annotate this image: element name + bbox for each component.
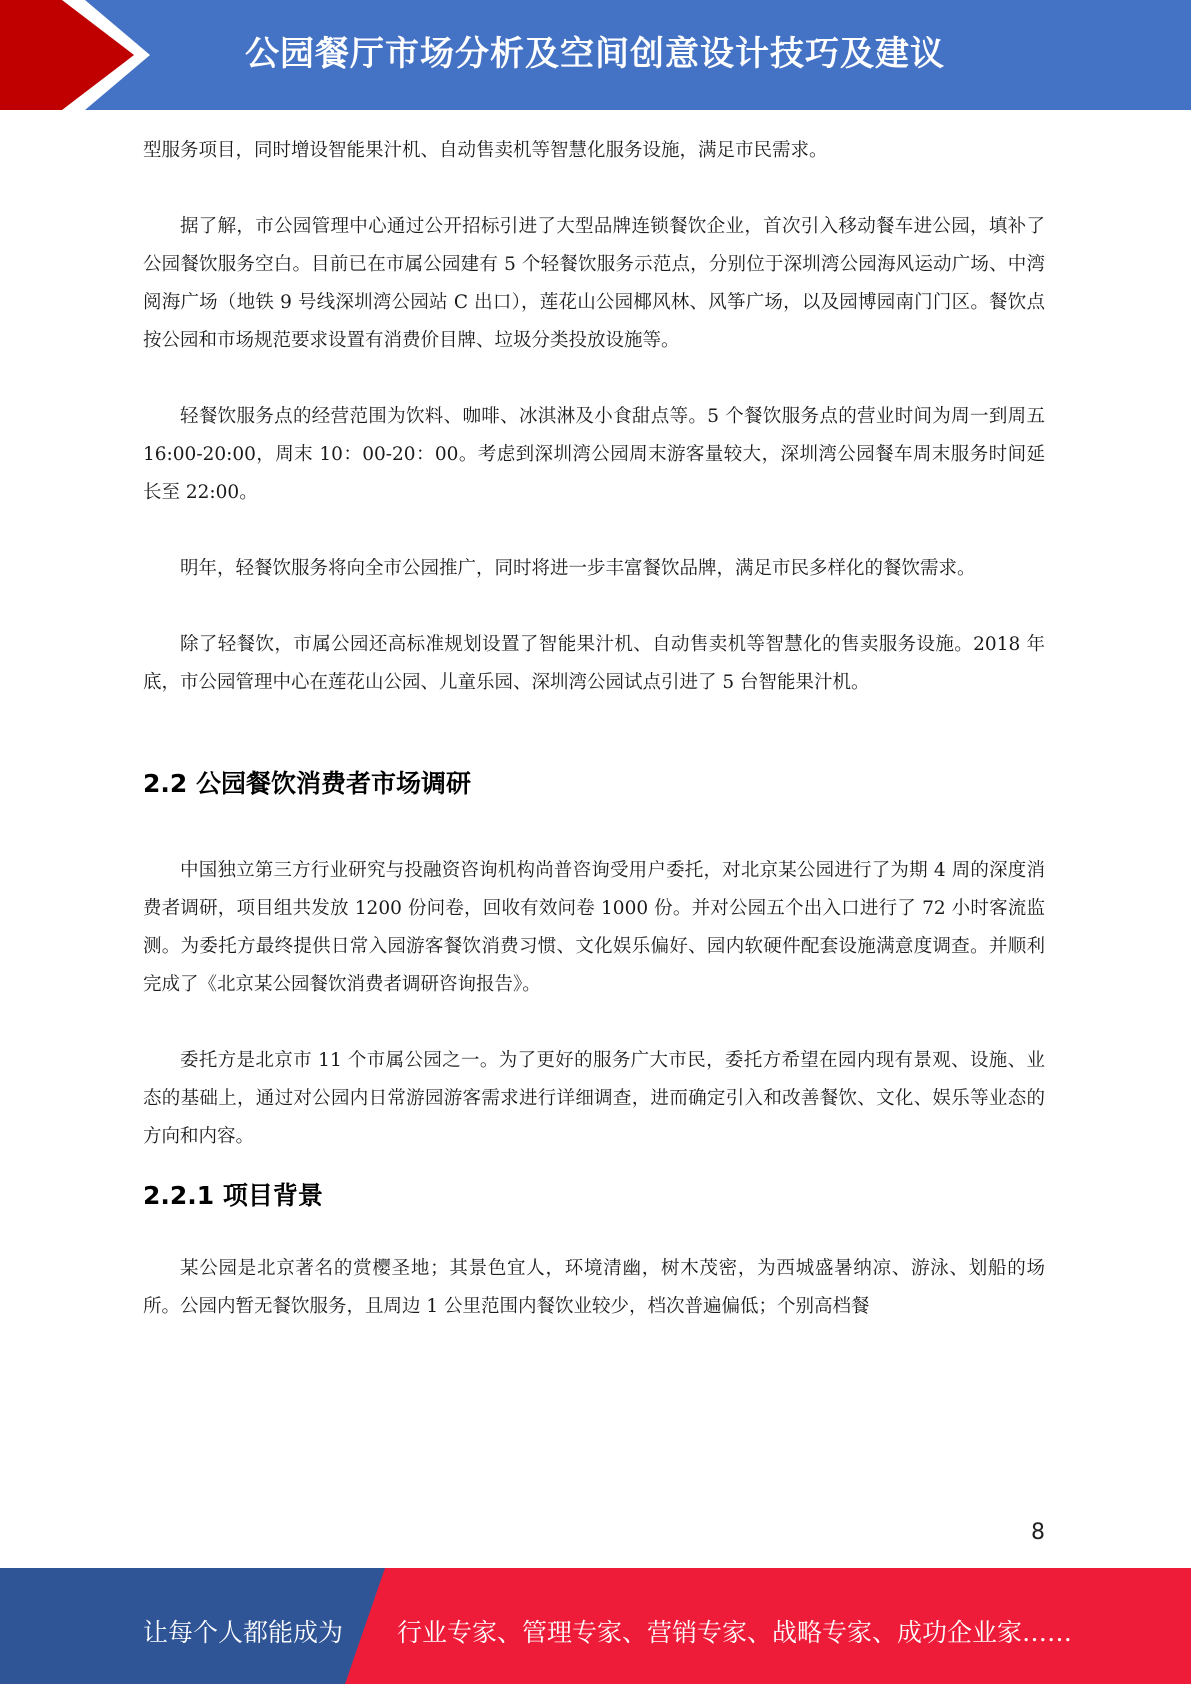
paragraph-project-background: 某公园是北京著名的赏樱圣地；其景色宜人，环境清幽，树木茂密，为西城盛暑纳凉、游泳…	[143, 1250, 1045, 1326]
footer-slogan-left: 让每个人都能成为	[143, 1613, 343, 1649]
page-footer: 让每个人都能成为 行业专家、管理专家、营销专家、战略专家、成功企业家……	[0, 1568, 1191, 1684]
paragraph-mobile-food-trucks: 据了解，市公园管理中心通过公开招标引进了大型品牌连锁餐饮企业，首次引入移动餐车进…	[143, 208, 1045, 360]
paragraph-consumer-survey: 中国独立第三方行业研究与投融资咨询机构尚普咨询受用户委托，对北京某公园进行了为期…	[143, 852, 1045, 1004]
document-body: 型服务项目，同时增设智能果汁机、自动售卖机等智慧化服务设施，满足市民需求。 据了…	[143, 132, 1045, 1326]
document-title: 公园餐厅市场分析及空间创意设计技巧及建议	[245, 26, 945, 75]
paragraph-next-year-plan: 明年，轻餐饮服务将向全市公园推广，同时将进一步丰富餐饮品牌，满足市民多样化的餐饮…	[143, 550, 1045, 588]
page-header: 公园餐厅市场分析及空间创意设计技巧及建议	[0, 0, 1191, 110]
paragraph-client-background: 委托方是北京市 11 个市属公园之一。为了更好的服务广大市民，委托方希望在园内现…	[143, 1042, 1045, 1156]
page-number: 8	[1031, 1520, 1045, 1545]
header-arrow-icon	[0, 0, 140, 110]
section-heading-2-2-1: 2.2.1 项目背景	[143, 1176, 1045, 1216]
paragraph-continuation: 型服务项目，同时增设智能果汁机、自动售卖机等智慧化服务设施，满足市民需求。	[143, 132, 1045, 170]
paragraph-smart-vending: 除了轻餐饮，市属公园还高标准规划设置了智能果汁机、自动售卖机等智慧化的售卖服务设…	[143, 626, 1045, 702]
footer-slogan-right: 行业专家、管理专家、营销专家、战略专家、成功企业家……	[397, 1613, 1072, 1649]
paragraph-service-hours: 轻餐饮服务点的经营范围为饮料、咖啡、冰淇淋及小食甜点等。5 个餐饮服务点的营业时…	[143, 398, 1045, 512]
section-heading-2-2: 2.2 公园餐饮消费者市场调研	[143, 764, 1045, 804]
